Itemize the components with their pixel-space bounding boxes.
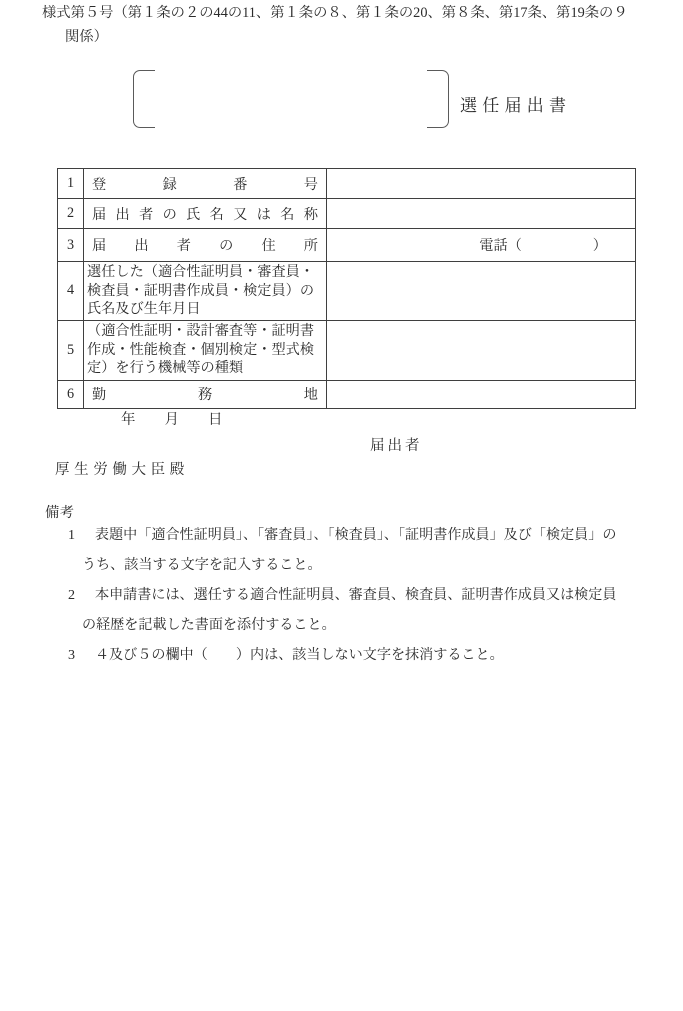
table-row: 3 届 出 者 の 住 所 電話（ ）	[58, 229, 636, 262]
row-label-machine-types: （適合性証明・設計審査等・証明書作成・性能検査・個別検定・型式検定）を行う機械等…	[84, 320, 327, 380]
row-number: 5	[58, 320, 84, 380]
row-label-registration-number: 登 録 番 号	[84, 169, 327, 199]
row-label-submitter-name: 届 出 者 の 氏 名 又 は 名 称	[84, 199, 327, 229]
row-number: 2	[58, 199, 84, 229]
submitter-label: 届出者	[370, 435, 423, 457]
row-number: 1	[58, 169, 84, 199]
date-line: 年 月 日	[121, 409, 223, 431]
row-value	[327, 262, 636, 321]
remark-item: 2本申請書には、選任する適合性証明員、審査員、検査員、証明書作成員又は検定員 の…	[0, 580, 683, 640]
remark-text: 表題中「適合性証明員」、「審査員」、「検査員」、「証明書作成員」及び「検定員」の	[95, 527, 616, 543]
row-number: 3	[58, 229, 84, 262]
row-value	[327, 169, 636, 199]
remark-text: 本申請書には、選任する適合性証明員、審査員、検査員、証明書作成員又は検定員	[95, 587, 616, 603]
remark-item: 1表題中「適合性証明員」、「審査員」、「検査員」、「証明書作成員」及び「検定員」…	[0, 520, 683, 580]
form-number-header: 様式第５号（第１条の２の44の11、第１条の８、第１条の20、第８条、第17条、…	[42, 2, 662, 49]
remark-number: 2	[68, 580, 95, 610]
row-number: 6	[58, 380, 84, 408]
appointment-form-table: 1 登 録 番 号 2 届 出 者 の 氏 名 又 は 名 称 3 届 出 者 …	[57, 168, 636, 409]
form-page: 様式第５号（第１条の２の44の11、第１条の８、第１条の20、第８条、第17条、…	[0, 0, 683, 1011]
form-number-line1: 様式第５号（第１条の２の44の11、第１条の８、第１条の20、第８条、第17条、…	[42, 2, 662, 26]
row-value	[327, 380, 636, 408]
left-bracket-mark	[133, 70, 155, 128]
table-row: 4 選任した（適合性証明員・審査員・検査員・証明書作成員・検定員）の氏名及び生年…	[58, 262, 636, 321]
remark-number: 1	[68, 520, 95, 550]
remark-item: 3４及び５の欄中（ ）内は、該当しない文字を抹消すること。	[0, 640, 683, 670]
table-row: 1 登 録 番 号	[58, 169, 636, 199]
table-row: 2 届 出 者 の 氏 名 又 は 名 称	[58, 199, 636, 229]
remark-line: 2本申請書には、選任する適合性証明員、審査員、検査員、証明書作成員又は検定員	[0, 580, 683, 610]
form-number-line2: 関係）	[65, 26, 662, 50]
row-label-submitter-address: 届 出 者 の 住 所	[84, 229, 327, 262]
remarks-list: 1表題中「適合性証明員」、「審査員」、「検査員」、「証明書作成員」及び「検定員」…	[0, 520, 683, 670]
row-label-workplace: 勤 務 地	[84, 380, 327, 408]
row-value	[327, 320, 636, 380]
row-number: 4	[58, 262, 84, 321]
table-row: 5 （適合性証明・設計審査等・証明書作成・性能検査・個別検定・型式検定）を行う機…	[58, 320, 636, 380]
remark-line: 1表題中「適合性証明員」、「審査員」、「検査員」、「証明書作成員」及び「検定員」…	[0, 520, 683, 550]
document-title: 選 任 届 出 書	[460, 91, 567, 116]
table-row: 6 勤 務 地	[58, 380, 636, 408]
row-value	[327, 199, 636, 229]
remark-text: ４及び５の欄中（ ）内は、該当しない文字を抹消すること。	[95, 647, 504, 663]
remark-number: 3	[68, 640, 95, 670]
addressee-minister: 厚 生 労 働 大 臣 殿	[55, 459, 185, 481]
remark-line: の経歴を記載した書面を添付すること。	[0, 610, 683, 640]
remark-line: 3４及び５の欄中（ ）内は、該当しない文字を抹消すること。	[0, 640, 683, 670]
right-bracket-mark	[427, 70, 449, 128]
remark-line: うち、該当する文字を記入すること。	[0, 550, 683, 580]
row-label-appointee-name-birthdate: 選任した（適合性証明員・審査員・検査員・証明書作成員・検定員）の氏名及び生年月日	[84, 262, 327, 321]
row-value-phone: 電話（ ）	[327, 229, 636, 262]
